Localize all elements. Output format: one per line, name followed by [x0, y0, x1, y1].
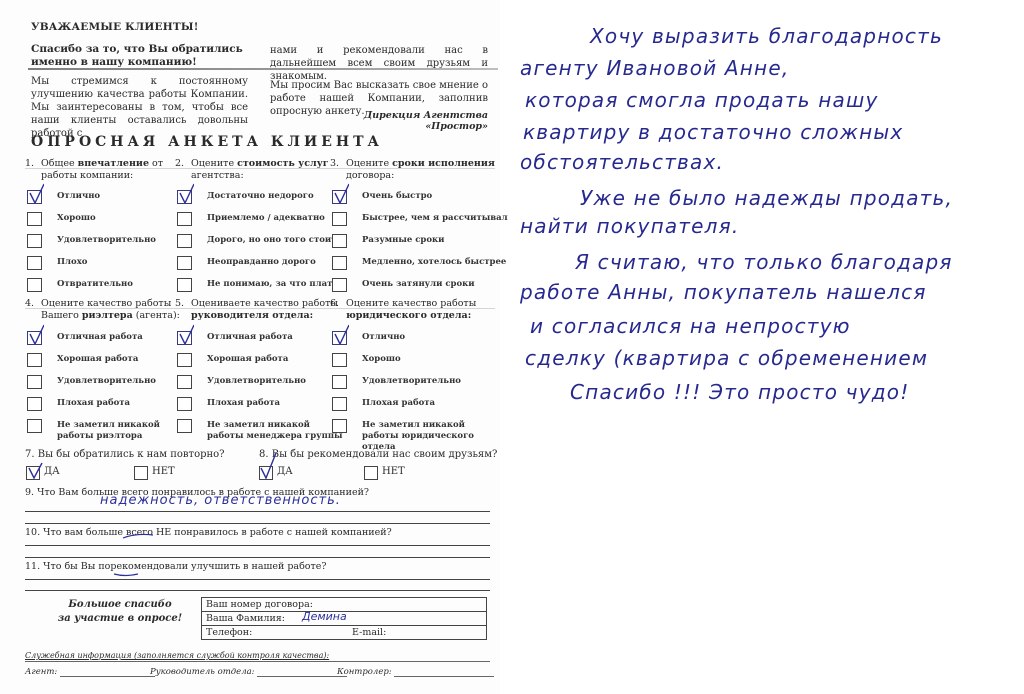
pen-underline-mark — [113, 572, 139, 577]
checkbox[interactable] — [27, 419, 42, 433]
question-10-text: 10. Что вам больше всего НЕ понравилось … — [25, 527, 392, 538]
surname-field[interactable]: Демина — [302, 610, 347, 623]
option-label: Отвратительно — [57, 279, 133, 290]
question-9-answer[interactable]: надежность, ответственность. — [100, 493, 341, 508]
checkmark-icon — [333, 324, 349, 344]
q5-option[interactable]: Не заметил никакой работы менеджера груп… — [177, 419, 332, 434]
option-label: Удовлетворительно — [362, 376, 461, 387]
note-line: и согласился на непростую — [530, 310, 851, 342]
controller-signature-field[interactable]: Контролер: — [337, 667, 494, 677]
q8-no-label: НЕТ — [382, 466, 405, 477]
question-11-text: 11. Что бы Вы порекомендовали улучшить в… — [25, 561, 326, 572]
option-label: Дорого, но оно того стоит — [207, 235, 336, 246]
q1-option[interactable]: Хорошо — [27, 212, 182, 227]
checkbox[interactable] — [27, 212, 42, 226]
checkbox[interactable] — [177, 353, 192, 367]
footer-thanks-line-1: Большое спасибо — [45, 598, 195, 612]
q6-option[interactable]: Хорошо — [332, 353, 487, 368]
q7-yes-label: ДА — [44, 466, 60, 477]
checkbox[interactable] — [27, 278, 42, 292]
checkbox[interactable] — [177, 375, 192, 389]
checkbox[interactable] — [332, 256, 347, 270]
phone-label: Телефон: — [206, 627, 252, 638]
option-label: Разумные сроки — [362, 235, 445, 246]
q4-option[interactable]: Отличная работа — [27, 331, 182, 346]
survey-form: УВАЖАЕМЫЕ КЛИЕНТЫ! Спасибо за то, что Вы… — [0, 0, 500, 694]
option-label: Плохая работа — [57, 398, 130, 409]
service-info-heading: Служебная информация (заполняется службо… — [25, 651, 329, 660]
option-label: Отличная работа — [207, 332, 293, 343]
q6-option[interactable]: Не заметил никакой работы юридического о… — [332, 419, 487, 434]
checkbox[interactable] — [177, 234, 192, 248]
divider — [25, 661, 490, 662]
survey-title: ОПРОСНАЯ АНКЕТА КЛИЕНТА — [31, 134, 383, 150]
q3-option[interactable]: Медленно, хотелось быстрее — [332, 256, 487, 271]
option-label: Отлично — [362, 332, 405, 343]
note-line: сделку (квартира с обременением — [525, 342, 928, 374]
q5-option[interactable]: Плохая работа — [177, 397, 332, 412]
option-label: Отличная работа — [57, 332, 143, 343]
question-text: Оцените сроки исполнениядоговора: — [346, 158, 496, 182]
checkmark-icon — [333, 183, 349, 203]
checkmark-icon — [178, 183, 194, 203]
checkbox[interactable] — [134, 466, 148, 480]
checkbox[interactable] — [27, 234, 42, 248]
checkbox[interactable] — [332, 212, 347, 226]
option-label: Удовлетворительно — [57, 235, 156, 246]
option-label: Удовлетворительно — [207, 376, 306, 387]
option-label: Не понимаю, за что платил — [207, 279, 345, 290]
answer-line — [25, 523, 490, 524]
q6-option[interactable]: Плохая работа — [332, 397, 487, 412]
answer-line — [25, 579, 490, 580]
option-label: Хорошо — [362, 354, 401, 365]
q8-yes-label: ДА — [277, 466, 293, 477]
q2-option[interactable]: Не понимаю, за что платил — [177, 278, 332, 293]
question-text: Оцените стоимость услугагентства: — [191, 158, 341, 182]
scan-line — [25, 168, 495, 169]
manager-blank[interactable] — [257, 667, 347, 677]
checkbox[interactable] — [332, 397, 347, 411]
checkmark-icon — [260, 452, 278, 480]
footer-thanks-line-2: за участие в опросе! — [45, 612, 195, 626]
q1-option[interactable]: Отвратительно — [27, 278, 182, 293]
answer-line — [25, 511, 490, 512]
phone-email-row[interactable]: Телефон: E-mail: — [202, 626, 486, 639]
checkbox[interactable] — [27, 397, 42, 411]
note-line: агенту Ивановой Анне, — [520, 52, 789, 84]
option-label: Плохая работа — [362, 398, 435, 409]
email-label: E-mail: — [352, 626, 386, 639]
q6-option[interactable]: Удовлетворительно — [332, 375, 487, 390]
option-label: Очень быстро — [362, 191, 432, 202]
note-line: Я считаю, что только благодаря — [575, 246, 953, 278]
q4-option[interactable]: Хорошая работа — [27, 353, 182, 368]
surname-row[interactable]: Ваша Фамилия: Демина — [202, 612, 486, 626]
question-text: Оцените качество работыюридического отде… — [346, 298, 496, 322]
checkbox[interactable] — [364, 466, 378, 480]
option-label: Не заметил никакой работы менеджера груп… — [207, 420, 347, 442]
answer-line — [25, 590, 490, 591]
contract-number-label: Ваш номер договора: — [206, 599, 313, 610]
option-label: Отлично — [57, 191, 100, 202]
note-line: найти покупателя. — [520, 210, 739, 242]
note-line: обстоятельствах. — [520, 146, 724, 178]
q3-option[interactable]: Разумные сроки — [332, 234, 487, 249]
option-label: Хорошая работа — [207, 354, 288, 365]
answer-line — [25, 557, 490, 558]
checkbox[interactable] — [177, 256, 192, 270]
checkmark-icon — [178, 324, 194, 344]
thanks-text: Спасибо за то, что Вы обратились именно … — [31, 43, 251, 69]
checkbox[interactable] — [332, 278, 347, 292]
scan-line — [25, 308, 495, 309]
q3-option[interactable]: Очень затянули сроки — [332, 278, 487, 293]
intro-text-left: Мы стремимся к постоянному улучшению кач… — [31, 75, 248, 140]
checkbox[interactable] — [332, 419, 347, 433]
agent-label: Агент: — [25, 667, 57, 677]
answer-line — [25, 545, 490, 546]
checkmark-icon — [28, 324, 44, 344]
checkbox[interactable] — [177, 212, 192, 226]
q4-option[interactable]: Не заметил никакой работы риэлтора — [27, 419, 182, 434]
controller-blank[interactable] — [394, 667, 494, 677]
note-line: работе Анны, покупатель нашелся — [520, 276, 927, 308]
manager-signature-field[interactable]: Руководитель отдела: — [150, 667, 347, 677]
intro-text-right-1: нами и рекомендовали нас в дальнейшем вс… — [270, 44, 488, 83]
q6-option[interactable]: Отлично — [332, 331, 487, 346]
option-label: Плохо — [57, 257, 87, 268]
checkmark-icon — [27, 462, 43, 480]
q5-option[interactable]: Хорошая работа — [177, 353, 332, 368]
controller-label: Контролер: — [337, 667, 392, 677]
note-line: квартиру в достаточно сложных — [523, 116, 903, 148]
surname-label: Ваша Фамилия: — [206, 613, 285, 624]
option-label: Медленно, хотелось быстрее — [362, 257, 506, 268]
option-label: Приемлемо / адекватно — [207, 213, 325, 224]
q3-option[interactable]: Очень быстро — [332, 190, 487, 205]
q7-no-label: НЕТ — [152, 466, 175, 477]
q1-option[interactable]: Удовлетворительно — [27, 234, 182, 249]
contact-info-table: Ваш номер договора: Ваша Фамилия: Демина… — [201, 597, 487, 640]
option-label: Неоправданно дорого — [207, 257, 316, 268]
question-8-text: 8. Вы бы рекомендовали нас своим друзьям… — [259, 449, 497, 461]
agent-blank[interactable] — [60, 667, 155, 677]
option-label: Плохая работа — [207, 398, 280, 409]
option-label: Не заметил никакой работы риэлтора — [57, 420, 197, 442]
question-text: Общее впечатление отработы компании: — [41, 158, 191, 182]
option-label: Хорошая работа — [57, 354, 138, 365]
note-line: которая смогла продать нашу — [525, 84, 879, 116]
q2-option[interactable]: Приемлемо / адекватно — [177, 212, 332, 227]
q2-option[interactable]: Достаточно недорого — [177, 190, 332, 205]
checkmark-icon — [28, 183, 44, 203]
checkbox[interactable] — [332, 353, 347, 367]
option-label: Быстрее, чем я рассчитывал — [362, 213, 508, 224]
q4-option[interactable]: Плохая работа — [27, 397, 182, 412]
checkbox[interactable] — [27, 256, 42, 270]
option-label: Удовлетворительно — [57, 376, 156, 387]
checkbox[interactable] — [177, 278, 192, 292]
checkbox[interactable] — [177, 397, 192, 411]
question-text: Оцените качество работыВашего риэлтера (… — [41, 298, 191, 322]
footer-thanks: Большое спасибо за участие в опросе! — [45, 598, 195, 626]
option-label: Хорошо — [57, 213, 96, 224]
agent-signature-field[interactable]: Агент: — [25, 667, 155, 677]
question-text: Оцениваете качество работыруководителя о… — [191, 298, 341, 322]
note-line: Хочу выразить благодарность — [590, 20, 943, 52]
checkbox[interactable] — [27, 353, 42, 367]
q1-option[interactable]: Плохо — [27, 256, 182, 271]
q1-option[interactable]: Отлично — [27, 190, 182, 205]
checkbox[interactable] — [27, 375, 42, 389]
q2-option[interactable]: Дорого, но оно того стоит — [177, 234, 332, 249]
pen-underline-mark — [122, 533, 154, 539]
question-7-text: 7. Вы бы обратились к нам повторно? — [25, 449, 225, 461]
checkbox[interactable] — [332, 375, 347, 389]
checkbox[interactable] — [332, 234, 347, 248]
q5-option[interactable]: Отличная работа — [177, 331, 332, 346]
agency-signature: Дирекция Агентства «Простор» — [300, 110, 488, 132]
option-label: Очень затянули сроки — [362, 279, 475, 290]
greeting-heading: УВАЖАЕМЫЕ КЛИЕНТЫ! — [31, 21, 199, 33]
q3-option[interactable]: Быстрее, чем я рассчитывал — [332, 212, 487, 227]
note-line: Спасибо !!! Это просто чудо! — [570, 376, 909, 408]
manager-label: Руководитель отдела: — [150, 667, 255, 677]
q5-option[interactable]: Удовлетворительно — [177, 375, 332, 390]
checkbox[interactable] — [177, 419, 192, 433]
option-label: Достаточно недорого — [207, 191, 314, 202]
q4-option[interactable]: Удовлетворительно — [27, 375, 182, 390]
q2-option[interactable]: Неоправданно дорого — [177, 256, 332, 271]
